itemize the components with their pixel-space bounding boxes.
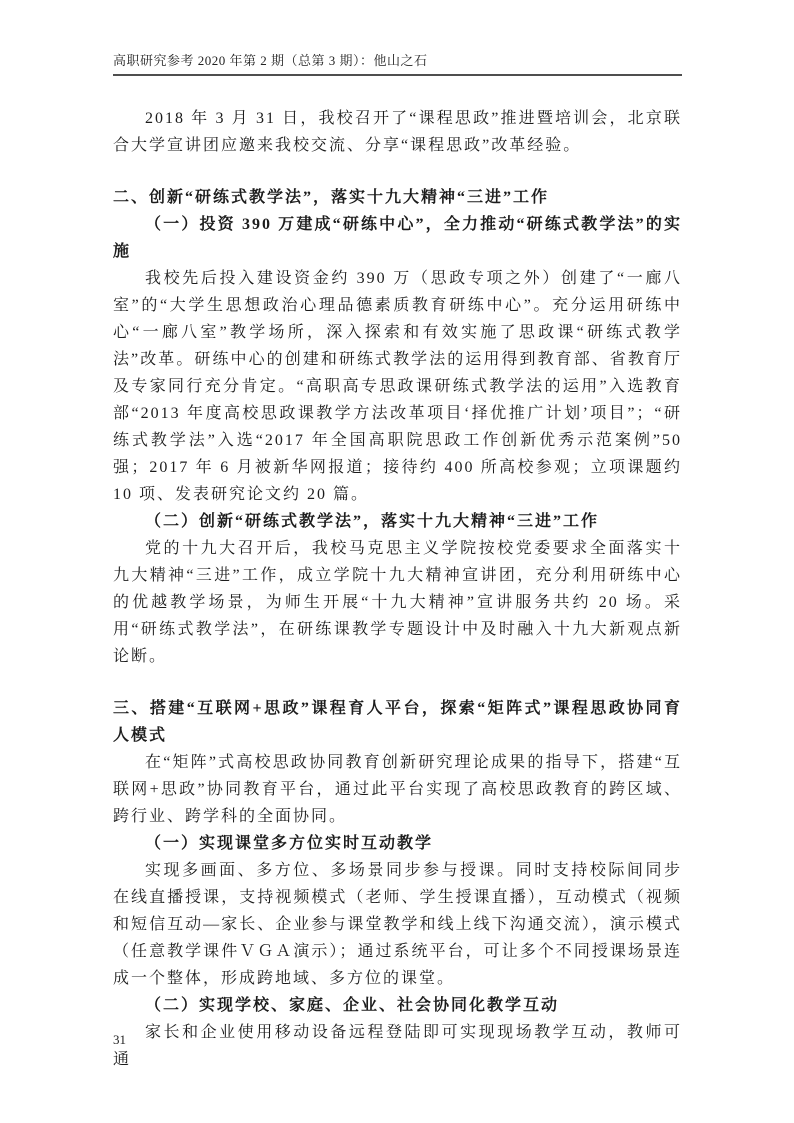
page-number: 31 — [113, 1032, 126, 1048]
section-heading1: 三、搭建“互联网+思政”课程育人平台，探索“矩阵式”课程思政协同育人模式 — [113, 695, 682, 749]
document-page: 高职研究参考 2020 年第 2 期（总第 3 期）：他山之石 2018 年 3… — [0, 0, 794, 1123]
section-heading1: 二、创新“研练式教学法”，落实十九大精神“三进”工作 — [113, 184, 682, 211]
body-paragraph: 2018 年 3 月 31 日，我校召开了“课程思政”推进暨培训会，北京联合大学… — [113, 105, 682, 159]
section-heading2: （二）创新“研练式教学法”，落实十九大精神“三进”工作 — [113, 508, 682, 535]
section-heading2: （二）实现学校、家庭、企业、社会协同化教学互动 — [113, 992, 682, 1019]
body-paragraph: 党的十九大召开后，我校马克思主义学院按校党委要求全面落实十九大精神“三进”工作，… — [113, 535, 682, 670]
body-paragraph: 实现多画面、多方位、多场景同步参与授课。同时支持校际间同步在线直播授课，支持视频… — [113, 857, 682, 992]
section-heading2: （一）投资 390 万建成“研练中心”，全力推动“研练式教学法”的实施 — [113, 211, 682, 265]
body-paragraph: 我校先后投入建设资金约 390 万（思政专项之外）创建了“一廊八室”的“大学生思… — [113, 265, 682, 508]
body-paragraph: 家长和企业使用移动设备远程登陆即可实现现场教学互动，教师可通 — [113, 1019, 682, 1073]
document-body: 2018 年 3 月 31 日，我校召开了“课程思政”推进暨培训会，北京联合大学… — [113, 105, 682, 1073]
header-rule — [113, 74, 682, 76]
body-paragraph: 在“矩阵”式高校思政协同教育创新研究理论成果的指导下，搭建“互联网+思政”协同教… — [113, 749, 682, 830]
section-heading2: （一）实现课堂多方位实时互动教学 — [113, 830, 682, 857]
running-header: 高职研究参考 2020 年第 2 期（总第 3 期）：他山之石 — [113, 50, 682, 74]
